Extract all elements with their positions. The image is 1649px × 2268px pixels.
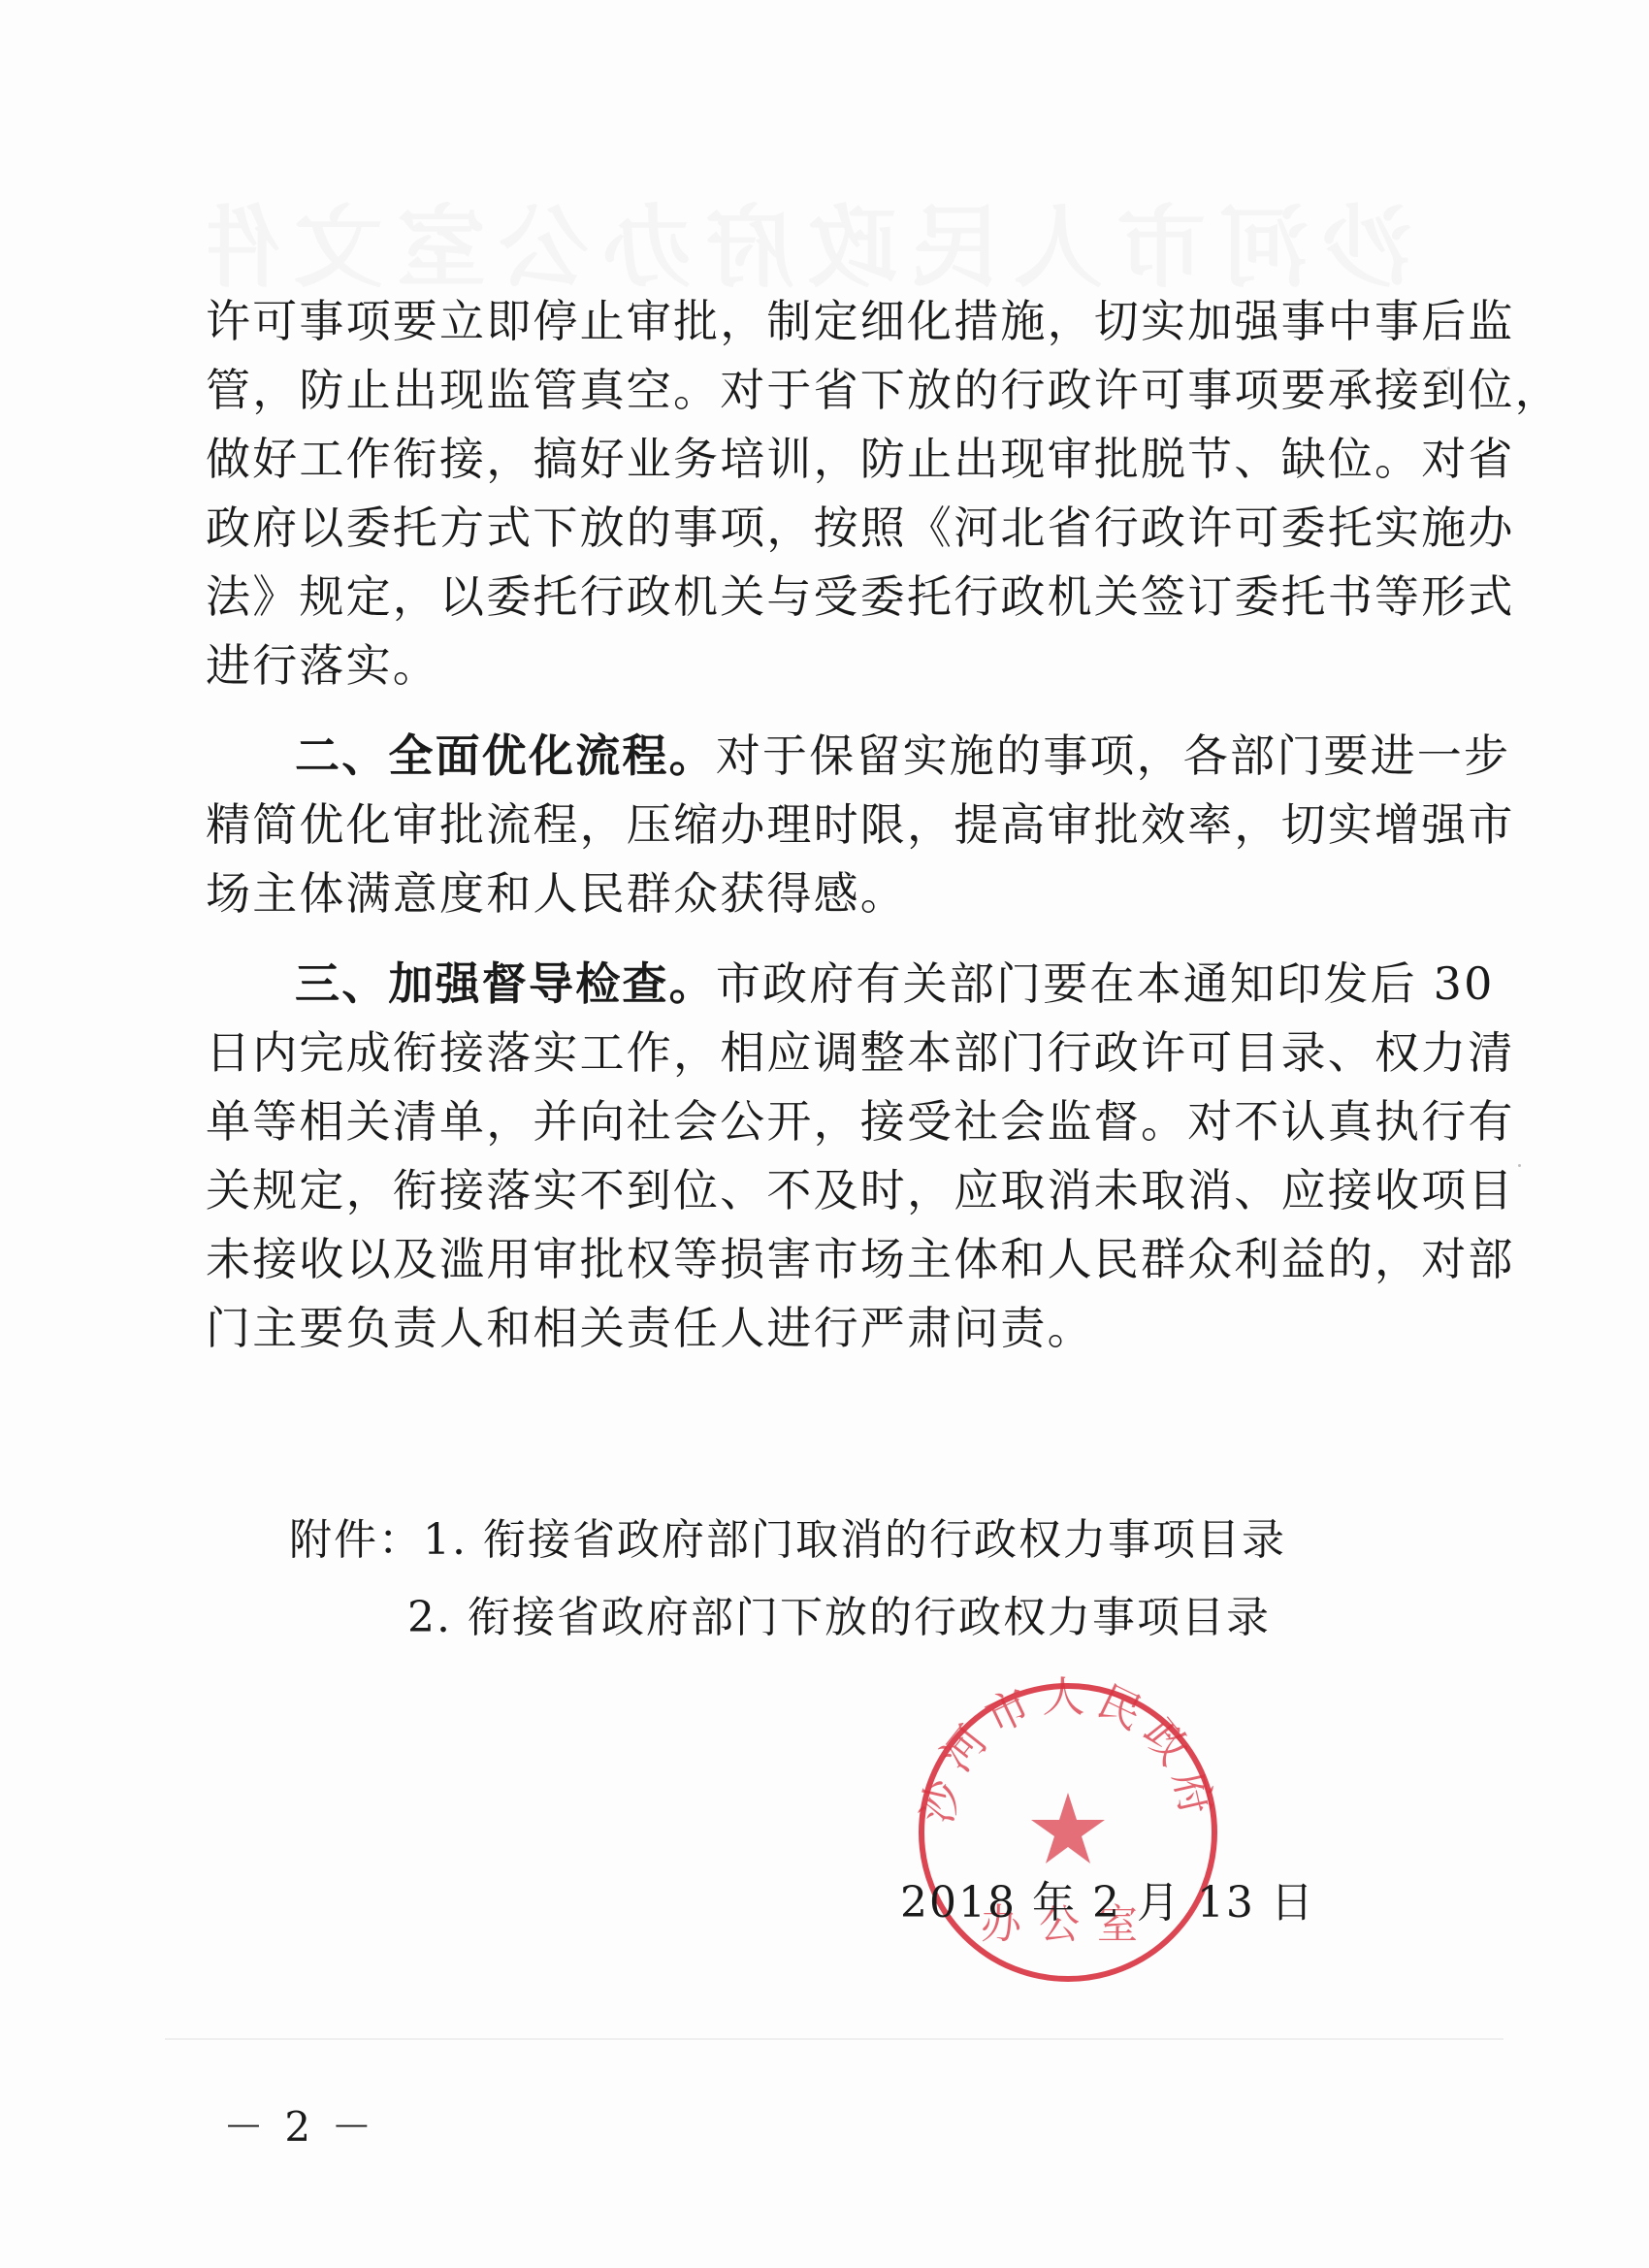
bleed-through-text: 沙河市人民政府办公室文件 (209, 199, 1411, 296)
official-seal: 沙河市人民政府 办公室 (910, 1674, 1226, 1991)
attachment-title: 1. 衔接省政府部门取消的行政权力事项目录 (423, 1515, 1286, 1565)
paragraph-line: 做好工作衔接，搞好业务培训，防止出现审批脱节、缺位。对省 (206, 425, 1408, 494)
document-page: 沙河市人民政府办公室文件 许可事项要立即停止审批，制定细化措施，切实加强事中事后… (0, 0, 1649, 2268)
paragraph-line: 单等相关清单，并向社会公开，接受社会监督。对不认真执行有 (206, 1087, 1408, 1156)
section-three-first-line: 三、加强督导检查。市政府有关部门要在本通知印发后 30 (206, 950, 1408, 1019)
attachment-title: 2. 衔接省政府部门下放的行政权力事项目录 (407, 1593, 1271, 1642)
attachments-label: 附件： (289, 1515, 423, 1565)
issue-date: 2018 年 2 月 13 日 (900, 1874, 1315, 1932)
attachment-item: 2. 衔接省政府部门下放的行政权力事项目录 (289, 1579, 1356, 1657)
section-two-heading: 二、全面优化流程。 (295, 729, 716, 782)
star-icon (1031, 1793, 1105, 1863)
paragraph-line: 许可事项要立即停止审批，制定细化措施，切实加强事中事后监 (206, 287, 1408, 356)
paragraph-line: 关规定，衔接落实不到位、不及时，应取消未取消、应接收项目 (206, 1156, 1408, 1225)
paragraph-line: 法》规定，以委托行政机关与受委托行政机关签订委托书等形式 (206, 563, 1408, 632)
paragraph-line: 日内完成衔接落实工作，相应调整本部门行政许可目录、权力清 (206, 1019, 1408, 1087)
section-three-heading: 三、加强督导检查。 (295, 957, 716, 1010)
section-two-first-line: 二、全面优化流程。对于保留实施的事项，各部门要进一步 (206, 722, 1408, 791)
scan-speck (1518, 1164, 1521, 1167)
scan-speck (1447, 367, 1450, 370)
paragraph-line: 进行落实。 (206, 632, 1408, 700)
paragraph-line: 未接收以及滥用审批权等损害市场主体和人民群众利益的，对部 (206, 1225, 1408, 1294)
section-three-text: 市政府有关部门要在本通知印发后 30 (716, 957, 1495, 1010)
attachment-item: 附件：1. 衔接省政府部门取消的行政权力事项目录 (289, 1502, 1356, 1579)
body-text: 许可事项要立即停止审批，制定细化措施，切实加强事中事后监 管，防止出现监管真空。… (206, 287, 1408, 1363)
paragraph-line: 管，防止出现监管真空。对于省下放的行政许可事项要承接到位， (206, 356, 1408, 425)
section-two-text: 对于保留实施的事项，各部门要进一步 (716, 729, 1510, 782)
attachments-list: 附件：1. 衔接省政府部门取消的行政权力事项目录 2. 衔接省政府部门下放的行政… (289, 1502, 1356, 1657)
paragraph-line: 门主要负责人和相关责任人进行严肃问责。 (206, 1294, 1408, 1363)
paragraph-line: 政府以委托方式下放的事项，按照《河北省行政许可委托实施办 (206, 494, 1408, 563)
paragraph-line: 精简优化审批流程，压缩办理时限，提高审批效率，切实增强市 (206, 791, 1408, 859)
paragraph-line: 场主体满意度和人民群众获得感。 (206, 859, 1408, 928)
page-number: － 2 － (223, 2103, 375, 2152)
footer-divider (165, 2038, 1503, 2040)
